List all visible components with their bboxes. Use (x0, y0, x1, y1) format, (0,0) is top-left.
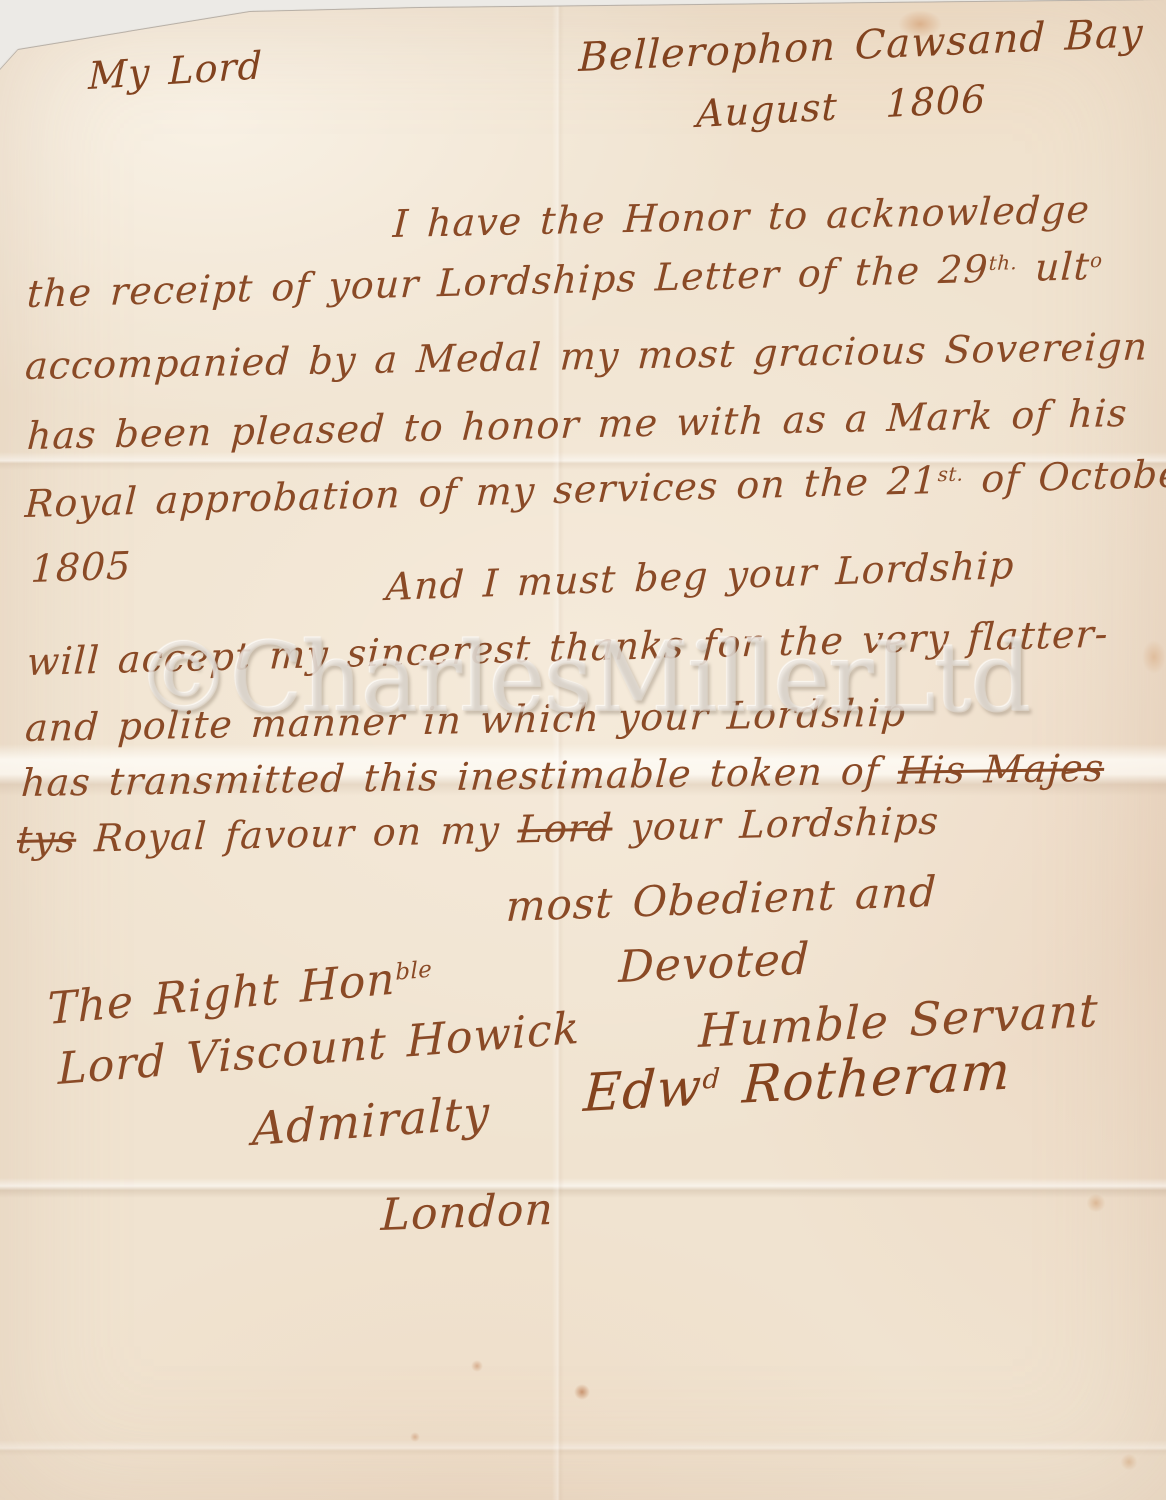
foxing-spot-6 (410, 1432, 420, 1442)
text-segment: I have the Honor to acknowledge (392, 187, 1091, 246)
paper-wrap: Bellerophon Cawsand Bay August1806 My Lo… (0, 0, 1166, 1500)
text-segment: most Obedient and (505, 867, 938, 931)
letter-paper: Bellerophon Cawsand Bay August1806 My Lo… (0, 0, 1166, 1500)
foxing-spot-5 (1120, 1454, 1138, 1470)
body-line-1: I have the Honor to acknowledge (392, 189, 1091, 245)
body-line-6: 1805 (30, 545, 132, 590)
foxing-spot-3 (1086, 1194, 1106, 1212)
address-line-4: London (380, 1186, 555, 1241)
body-line-7: And I must beg your Lordship (385, 545, 1015, 609)
superscript-segment: st. (937, 463, 964, 487)
superscript-segment: th. (988, 251, 1017, 275)
fold-crease-horizontal-3 (0, 1178, 1166, 1198)
heading-place-line: Bellerophon Cawsand Bay (578, 11, 1144, 80)
foxing-spot-4 (471, 1360, 483, 1372)
body-line-5: Royal approbation of my services on the … (24, 453, 1166, 526)
body-line-10: has transmitted this inestimable token o… (20, 748, 1105, 805)
text-segment: your Lordships (611, 799, 940, 850)
superscript-segment: o (1090, 249, 1103, 272)
body-line-4: has been pleased to honor me with as a M… (26, 393, 1129, 458)
salutation: My Lord (88, 45, 263, 98)
heading-date-line: August1806 (696, 79, 987, 136)
struck-text-segment: tys (16, 817, 77, 862)
body-line-8: will accept my sincerest thanks for the … (26, 614, 1109, 684)
text-segment: will accept my sincerest thanks for the … (26, 612, 1110, 684)
superscript-segment: d (702, 1063, 721, 1095)
text-segment: Royal approbation of my services on the … (24, 458, 938, 526)
text-segment: Admiralty (252, 1085, 490, 1156)
text-segment: Royal favour on my (75, 807, 519, 860)
signature: Edwd Rotheram (582, 1043, 1012, 1123)
scanned-letter-background: Bellerophon Cawsand Bay August1806 My Lo… (0, 0, 1166, 1500)
text-segment: ult (1016, 244, 1091, 290)
text-segment: has been pleased to honor me with as a M… (26, 391, 1129, 458)
text-segment: of October (962, 451, 1166, 501)
address-line-3: Admiralty (252, 1087, 490, 1154)
fold-crease-horizontal-4 (0, 1440, 1166, 1456)
superscript-segment: ble (395, 957, 432, 986)
struck-text-segment: His Majes (897, 746, 1106, 793)
text-segment: and polite manner in which your Lordship (24, 691, 907, 750)
text-segment: accompanied by a Medal my most gracious … (24, 324, 1149, 388)
text-segment: London (380, 1184, 555, 1241)
closing-line-2: Devoted (618, 936, 811, 993)
heading-year: 1806 (885, 77, 986, 126)
heading-month: August (696, 84, 838, 136)
body-line-11: tys Royal favour on my Lord your Lordshi… (16, 801, 940, 862)
body-line-2: the receipt of your Lordships Letter of … (26, 246, 1103, 316)
text-segment: 1805 (30, 543, 132, 591)
struck-text-segment: Lord (517, 805, 614, 851)
closing-line-3: Humble Servant (698, 985, 1099, 1057)
text-segment: the receipt of your Lordships Letter of … (26, 247, 990, 316)
body-line-3: accompanied by a Medal my most gracious … (24, 326, 1149, 387)
text-segment: And I must beg your Lordship (385, 543, 1015, 609)
foxing-spot-2 (574, 1384, 590, 1400)
text-segment: Devoted (618, 934, 811, 993)
closing-line-1: most Obedient and (505, 869, 938, 930)
text-segment: has transmitted this inestimable token o… (20, 749, 899, 805)
text-segment: Edw (582, 1058, 704, 1124)
foxing-spot-7 (1142, 640, 1166, 674)
body-line-9: and polite manner in which your Lordship (24, 693, 907, 750)
